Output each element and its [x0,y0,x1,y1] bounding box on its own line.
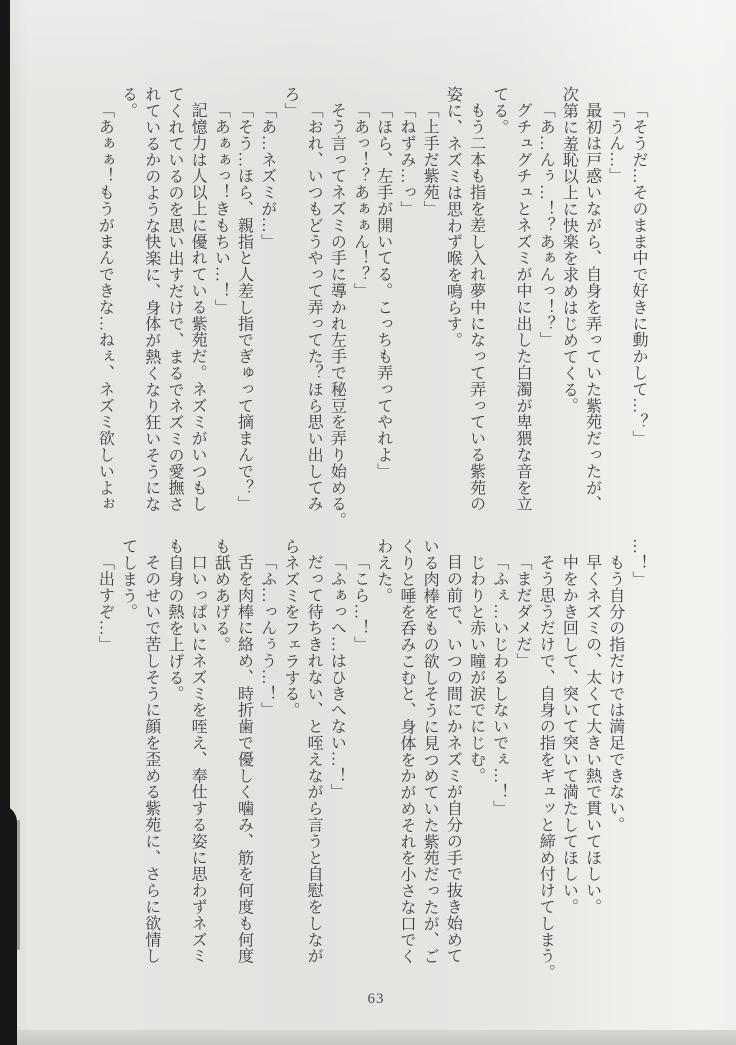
text-line: もう自分の指だけでは満足できない。 [604,538,627,1012]
text-line: 「あぁぁっ！きもちい…！」 [209,86,232,542]
text-line: グチュグチュとネズミが中に出した白濁が卑猥な音を立 [511,86,534,542]
text-line: 「ふ…っんぅう…！」 [256,538,279,1012]
text-line: 「出すぞ…」 [93,538,116,1012]
text-line: 「ねずみ…っ」 [395,86,418,542]
text-line: 「ふぇ…いじわるしないでぇ…！」 [488,538,511,1012]
text-line: てくれているのを思い出すだけで、まるでネズミの愛撫さ [163,86,186,542]
text-line: 目の前で、いつの間にかネズミが自分の手で抜き始めて [441,538,464,1012]
text-line: も自身の熱を上げる。 [163,538,186,1012]
text-line: わえた。 [372,538,395,1012]
text-line: いる肉棒をもの欲しそうに見つめていた紫苑だったが、ご [418,538,441,1012]
text-line: 「ほら、左手が開いてる。こっちも弄ってやれよ」 [372,86,395,542]
text-line: 中をかき回して、突いて突いて満たしてほしい。 [557,538,580,1012]
text-line: そのせいで苦しそうに顔を歪める紫苑に、さらに欲情し [140,538,163,1012]
text-line: ろ」 [279,86,302,542]
text-line: もう二本も指を差し入れ夢中になって弄っている紫苑の [464,86,487,542]
text-line: も舐めあげる。 [209,538,232,1012]
text-line: そう思うだけで、自身の指をギュッと締め付けてしまう。 [534,538,557,1012]
text-line: くりと唾を呑みこむと、身体をかがめそれを小さな口でく [395,538,418,1012]
text-line: 「そう…ほら、親指と人差し指でぎゅって摘まんで？」 [232,86,255,542]
text-line: 記憶力は人以上に優れている紫苑だ。ネズミがいつもし [186,86,209,542]
text-line: 「上手だ紫苑」 [418,86,441,542]
vertical-text-block-top: 「そうだ…そのまま中で好きに動かして…？」「うん…」最初は戸惑いながら、自身を弄… [93,86,650,542]
text-line: …！」 [627,538,650,1012]
text-line: そう言ってネズミの手に導かれ左手で秘豆を弄り始める。 [325,86,348,542]
text-line: 最初は戸惑いながら、自身を弄っていた紫苑だったが、 [580,86,603,542]
book-spine-corner-shadow [0,805,17,1045]
text-line: る。 [116,86,139,542]
text-line: れているかのような快楽に、身体が熱くなり狂いそうにな [140,86,163,542]
text-line: 早くネズミの、太くて大きい熱で貫いてほしい。 [580,538,603,1012]
vertical-text-block-bottom: …！」もう自分の指だけでは満足できない。早くネズミの、太くて大きい熱で貫いてほし… [93,538,650,1012]
text-line: 次第に羞恥以上に快楽を求めはじめてくる。 [557,86,580,542]
text-line: 「そうだ…そのまま中で好きに動かして…？」 [627,86,650,542]
text-line: 「こら…！」 [348,538,371,1012]
text-line: 「あ…んぅ…！？あぁんっ！？」 [534,86,557,542]
text-line: 「ふぁっへ…はひきへない…！」 [325,538,348,1012]
scanned-book-page: 「そうだ…そのまま中で好きに動かして…？」「うん…」最初は戸惑いながら、自身を弄… [0,0,736,1045]
text-line: 「まだダメだ」 [511,538,534,1012]
text-line: 「うん…」 [604,86,627,542]
text-line: じわりと赤い瞳が涙でにじむ。 [464,538,487,1012]
page-number: 63 [352,991,400,1008]
spine-highlight-sliver [17,820,20,950]
text-line: 「あぁぁ！もうがまんできな…ねぇ、ネズミ欲しいよぉ [93,86,116,542]
text-line: 「おれ、いつもどうやって弄ってた？ほら思い出してみ [302,86,325,542]
text-line: てしまう。 [116,538,139,1012]
text-line: 口いっぱいにネズミを咥え、奉仕する姿に思わずネズミ [186,538,209,1012]
text-line: 姿に、ネズミは思わず喉を鳴らす。 [441,86,464,542]
page-bottom-edge-shadow [0,1030,736,1045]
text-line: 「あ…ネズミが…」 [256,86,279,542]
text-line: だって待ちきれない、と咥えながら言うと自慰をしなが [302,538,325,1012]
text-line: 舌を肉棒に絡め、時折歯で優しく噛み、筋を何度も何度 [232,538,255,1012]
text-line: 「あっ！？あぁぁん！？」 [348,86,371,542]
text-line: てる。 [488,86,511,542]
text-line: らネズミをフェラする。 [279,538,302,1012]
